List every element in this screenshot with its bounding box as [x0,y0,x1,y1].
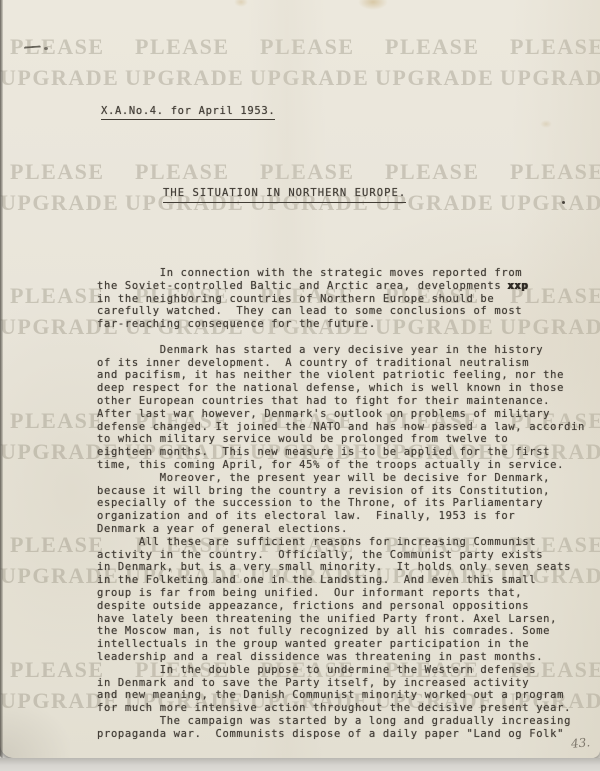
text-line: in the neighboring countries of Northern… [97,293,597,306]
text-line: carefully watched. They can lead to some… [97,305,597,318]
text-line: eighteen months. This new measure is to … [97,446,597,459]
text-line: In the double pupose to undermine the We… [97,664,597,677]
paper-stain [234,0,248,7]
watermark-word-please: PLEASE [10,657,105,683]
text-line: Moreover, the present year will be decis… [97,472,597,485]
watermark-word-please: PLEASE [135,159,230,185]
text-line: far-reaching consequence for the future. [97,318,597,331]
watermark-word-please: PLEASE [10,532,105,558]
paper-stain [540,120,552,128]
text-line: group is far from being unified. Our inf… [97,587,597,600]
watermark-word-please: PLEASE [385,159,480,185]
text-line: and pacifism, it has neither the violent… [97,369,597,382]
watermark-word-please: PLEASE [135,34,230,60]
stray-ink-dot [562,201,565,204]
overtype-correction: xxp [507,280,528,292]
text-line: especially of the succession to the Thro… [97,497,597,510]
watermark-word-upgrade: UPGRADE [0,65,119,91]
scanner-background [0,758,600,771]
document-page: PLEASEUPGRADEPLEASEUPGRADEPLEASEUPGRADEP… [0,0,600,758]
text-line: The campaign was started by a long and g… [97,715,597,728]
text-line: other European countries that had to fig… [97,395,597,408]
text-line: activity in the country. Officially, the… [97,549,597,562]
watermark-word-please: PLEASE [10,159,105,185]
watermark-word-upgrade: UPGRADE [375,65,494,91]
text-line: and new meaning, the Danish Communist mi… [97,689,597,702]
text-line: In connection with the strategic moves r… [97,267,597,280]
text-line: to which military service would be prolo… [97,433,597,446]
watermark-word-upgrade: UPGRADE [125,65,244,91]
text-line: All these are sufficient reasons for inc… [97,536,597,549]
scan-corner-shade [0,700,70,758]
text-line: time, this coming April, for 45% of the … [97,459,597,472]
text-line: leadership and a real dissidence was thr… [97,651,597,664]
watermark-word-please: PLEASE [10,283,105,309]
text-line: in the Folketing and one in the Landstin… [97,574,597,587]
watermark-word-please: PLEASE [10,408,105,434]
text-line: defense changed. It joined the NATO and … [97,421,597,434]
text-line: of its inner development. A country of t… [97,357,597,370]
scan-left-edge [0,0,3,758]
text-line: the Moscow man, is not fully recognized … [97,625,597,638]
text-line: in Denmark and to save the Party itself,… [97,677,597,690]
text-line: After last war however, Denmark's outloo… [97,408,597,421]
text-line: propaganda war. Communists dispose of a … [97,728,597,741]
watermark-word-please: PLEASE [385,34,480,60]
text-line: despite outside appeazance, frictions an… [97,600,597,613]
blank-line [97,331,597,344]
text-line: because it will bring the country a revi… [97,485,597,498]
text-line: in Denmark, but is a very small minority… [97,561,597,574]
text-line: Denmark a year of general elections. [97,523,597,536]
document-title: THE SITUATION IN NORTHERN EUROPE. [163,187,406,203]
text-line: for much more intensive action throughou… [97,702,597,715]
paper-stain [358,0,388,10]
text-line: Denmark has started a very decisive year… [97,344,597,357]
watermark-word-upgrade: UPGRADE [0,190,119,216]
text-line: have lately been threatening the unified… [97,613,597,626]
pencil-mark-dot [44,47,48,50]
text-line: deep respect for the national defense, w… [97,382,597,395]
text-line: organization and of its electoral law. F… [97,510,597,523]
reference-line: X.A.No.4. for April 1953. [101,105,275,120]
document-body: In connection with the strategic moves r… [97,267,597,740]
text-line: intellectuals in the group wanted greate… [97,638,597,651]
page-number: 43. [570,735,590,751]
